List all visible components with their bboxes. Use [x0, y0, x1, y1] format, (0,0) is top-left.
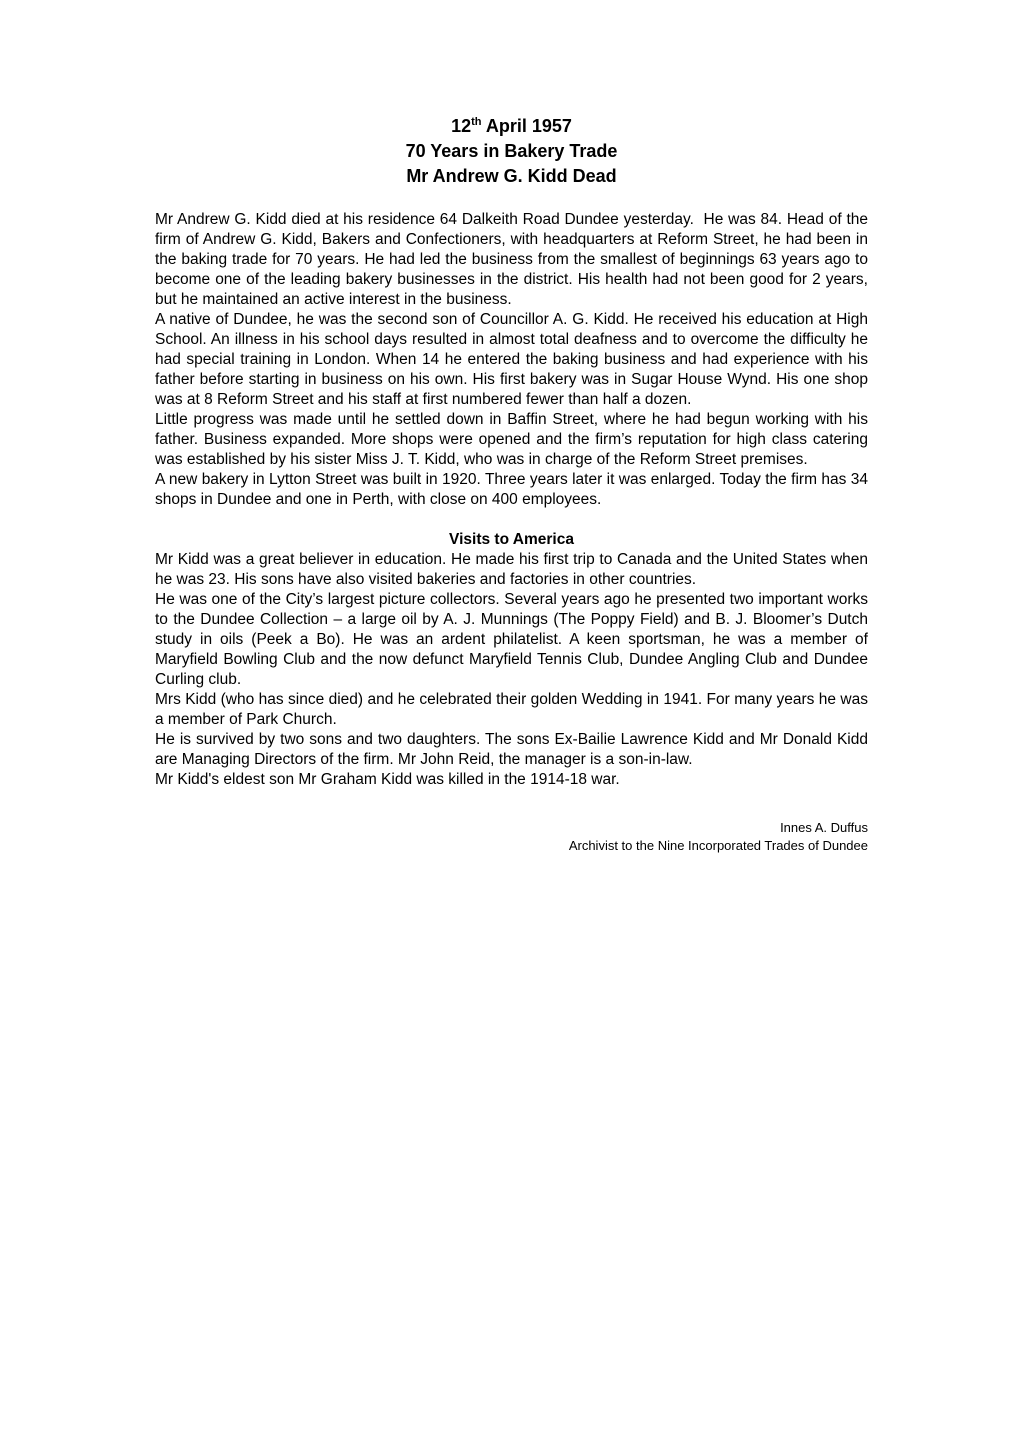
paragraph-education-travel: Mr Kidd was a great believer in educatio… — [155, 550, 868, 590]
title-line-3: Mr Andrew G. Kidd Dead — [155, 164, 868, 189]
paragraph-business-growth: Little progress was made until he settle… — [155, 410, 868, 470]
paragraph-obituary-lead: Mr Andrew G. Kidd died at his residence … — [155, 210, 868, 310]
document-content: 12th April 1957 70 Years in Bakery Trade… — [0, 0, 1020, 855]
signature-block: Innes A. Duffus Archivist to the Nine In… — [155, 819, 868, 855]
section-heading-visits-to-america: Visits to America — [155, 530, 868, 550]
title-line-2: 70 Years in Bakery Trade — [155, 139, 868, 164]
title-date-rest: April 1957 — [482, 116, 572, 136]
title-date-ordinal: th — [471, 116, 481, 128]
signature-name: Innes A. Duffus — [155, 819, 868, 837]
title-date-line: 12th April 1957 — [155, 114, 868, 139]
document-title: 12th April 1957 70 Years in Bakery Trade… — [155, 114, 868, 189]
paragraph-new-bakery: A new bakery in Lytton Street was built … — [155, 470, 868, 510]
paragraph-survivors: He is survived by two sons and two daugh… — [155, 730, 868, 770]
paragraph-collections-sport: He was one of the City’s largest picture… — [155, 590, 868, 690]
paragraph-eldest-son: Mr Kidd's eldest son Mr Graham Kidd was … — [155, 770, 868, 790]
paragraph-early-life: A native of Dundee, he was the second so… — [155, 310, 868, 410]
paragraph-mrs-kidd: Mrs Kidd (who has since died) and he cel… — [155, 690, 868, 730]
document-page: 12th April 1957 70 Years in Bakery Trade… — [0, 0, 1020, 1443]
signature-role: Archivist to the Nine Incorporated Trade… — [155, 837, 868, 855]
title-date-day: 12 — [451, 116, 471, 136]
